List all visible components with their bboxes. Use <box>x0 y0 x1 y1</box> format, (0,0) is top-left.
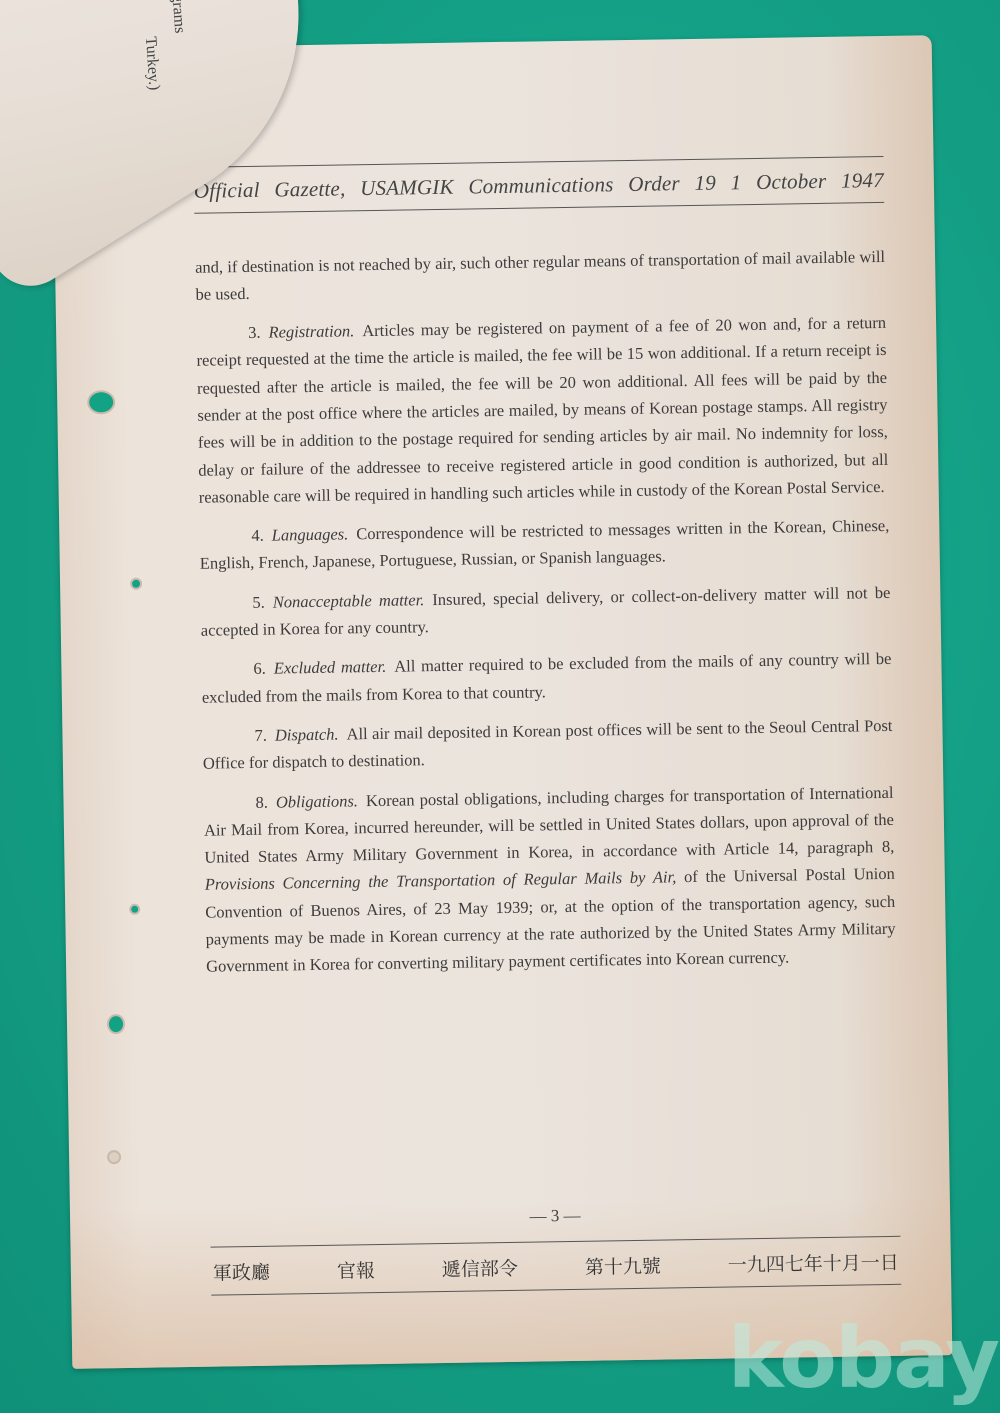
footer-date: 一九四七年十月一日 <box>728 1248 899 1278</box>
punch-hole <box>109 1016 123 1032</box>
punch-hole <box>131 906 138 913</box>
header-rule-bottom <box>194 202 884 214</box>
section-dispatch: 7.Dispatch.All air mail deposited in Kor… <box>202 712 893 777</box>
previous-page-fragment: Turkey.) <box>141 36 163 91</box>
punch-hole <box>132 580 140 588</box>
section-excluded-matter: 6.Excluded matter.All matter required to… <box>201 645 892 710</box>
document-body: and, if destination is not reached by ai… <box>195 226 897 992</box>
section-registration: 3.Registration.Articles may be registere… <box>196 309 889 511</box>
section-heading: Nonacceptable matter. <box>273 590 425 611</box>
section-heading: Dispatch. <box>275 725 339 745</box>
footer-order-number: 第十九號 <box>585 1252 661 1280</box>
footer-department-order: 遞信部令 <box>442 1254 518 1282</box>
section-obligations: 8.Obligations.Korean postal obligations,… <box>203 778 896 980</box>
continuation-paragraph: and, if destination is not reached by ai… <box>195 242 886 307</box>
section-languages: 4.Languages.Correspondence will be restr… <box>199 512 890 577</box>
header-rule-top <box>194 156 884 168</box>
section-nonacceptable-matter: 5.Nonacceptable matter.Insured, special … <box>200 579 891 644</box>
section-heading: Languages. <box>272 525 349 545</box>
page-header-title: Official Gazette, USAMGIK Communications… <box>194 168 884 204</box>
kobay-watermark: kobay <box>728 1309 998 1407</box>
footer-gazette: 官報 <box>337 1256 375 1284</box>
punch-hole <box>89 392 113 412</box>
footer-agency: 軍政廳 <box>213 1258 270 1286</box>
section-heading: Excluded matter. <box>274 657 387 678</box>
document-page: Official Gazette, USAMGIK Communications… <box>52 35 953 1369</box>
cited-provision-title: Provisions Concerning the Transportation… <box>205 868 677 894</box>
punch-hole <box>109 1152 119 1162</box>
section-heading: Registration. <box>268 321 354 341</box>
section-text: Articles may be registered on payment of… <box>196 313 888 507</box>
section-heading: Obligations. <box>276 791 358 811</box>
previous-page-fragment: h 10 grams <box>165 0 188 34</box>
